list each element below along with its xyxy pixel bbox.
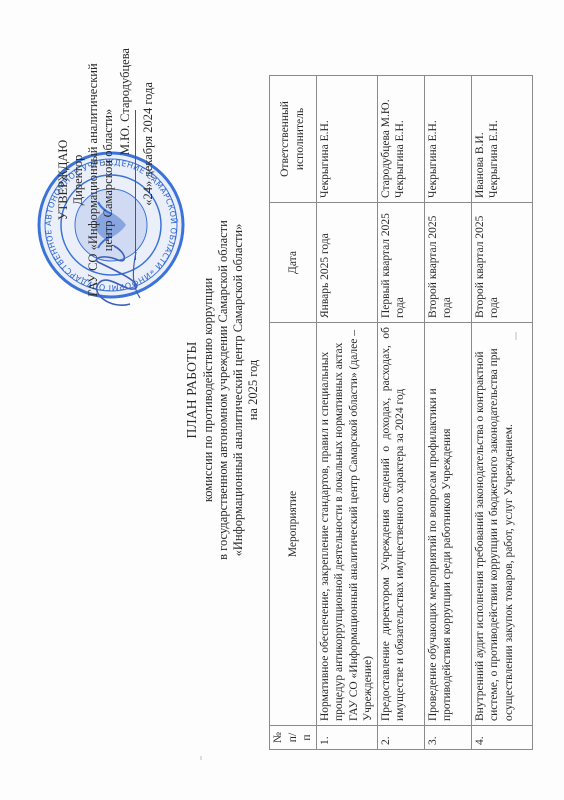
- header-num-line2: п/п: [286, 730, 315, 745]
- row-num: 3.: [424, 726, 471, 750]
- responsible-person: Иванова В.И.: [473, 80, 488, 198]
- title-line2: в государственном автономном учреждении …: [216, 210, 231, 570]
- header-responsible-line1: Ответственный: [278, 80, 293, 198]
- approval-date: «24» декабря 2024 года: [141, 60, 156, 300]
- header-responsible: Ответственный исполнитель: [270, 76, 317, 203]
- document-page: ГОСУДАРСТВЕННОЕ АВТОНОМНОЕ УЧРЕЖДЕНИЕ СА…: [0, 0, 564, 800]
- row-num: 2.: [377, 726, 424, 750]
- header-num-line1: №: [271, 730, 286, 745]
- table-header-row: № п/п Мероприятие Дата Ответственный исп…: [270, 76, 317, 750]
- table-row: 4. Внутренний аудит исполнения требовани…: [471, 76, 532, 750]
- plan-table: № п/п Мероприятие Дата Ответственный исп…: [269, 75, 533, 750]
- row-responsible: Чекрыгина Е.Н.: [316, 76, 377, 203]
- table-row: 1. Нормативное обеспечение, закрепление …: [316, 76, 377, 750]
- row-responsible: Иванова В.И. Чекрыгина Е.Н.: [471, 76, 532, 203]
- header-num: № п/п: [270, 726, 317, 750]
- signature-line: [135, 110, 136, 260]
- signer-name: М.Ю. Стародубцева: [118, 48, 133, 155]
- table-row: 2. Предоставление директором Учреждения …: [377, 76, 424, 750]
- row-event: Предоставление директором Учреждения све…: [377, 323, 424, 726]
- row-event: Внутренний аудит исполнения требований з…: [471, 323, 532, 726]
- row-num: 4.: [471, 726, 532, 750]
- header-responsible-line2: исполнитель: [293, 80, 308, 198]
- row-date: Январь 2025 года: [316, 203, 377, 323]
- document-title-block: ПЛАН РАБОТЫ комиссии по противодействию …: [184, 210, 261, 570]
- responsible-person: Чекрыгина Е.Н.: [487, 80, 502, 198]
- title-line1: комиссии по противодействию коррупции: [201, 210, 216, 570]
- header-event: Мероприятие: [270, 323, 317, 726]
- title-line4: на 2025 год: [246, 210, 261, 570]
- scan-artifact: [515, 332, 517, 340]
- row-date: Первый квартал 2025 года: [377, 203, 424, 323]
- responsible-person: Стародубцева М.Ю.: [379, 80, 394, 198]
- header-date: Дата: [270, 203, 317, 323]
- approval-org-line2: центр Самарской области»: [101, 60, 116, 300]
- responsible-person: Чекрыгина Е.Н.: [426, 80, 441, 198]
- row-num: 1.: [316, 726, 377, 750]
- row-date: Второй квартал 2025 года: [471, 203, 532, 323]
- row-responsible: Стародубцева М.Ю. Чекрыгина Е.Н.: [377, 76, 424, 203]
- approval-position: Директор: [71, 60, 86, 300]
- scan-artifact: [200, 756, 202, 760]
- title-line3: «Информационный аналитический центр Сама…: [231, 210, 246, 570]
- table-row: 3. Проведение обучающих мероприятий по в…: [424, 76, 471, 750]
- responsible-person: Чекрыгина Е.Н.: [318, 80, 333, 198]
- document-title: ПЛАН РАБОТЫ: [184, 210, 199, 570]
- row-event: Проведение обучающих мероприятий по вопр…: [424, 323, 471, 726]
- row-date: Второй квартал 2025 года: [424, 203, 471, 323]
- approval-heading: УТВЕРЖДАЮ: [56, 60, 71, 300]
- responsible-person: Чекрыгина Е.Н.: [393, 80, 408, 198]
- signature-row: М.Ю. Стародубцева: [118, 60, 135, 300]
- row-event: Нормативное обеспечение, закрепление ста…: [316, 323, 377, 726]
- approval-block: УТВЕРЖДАЮ Директор ГАУ СО «Информационны…: [56, 60, 156, 300]
- row-responsible: Чекрыгина Е.Н.: [424, 76, 471, 203]
- approval-org-line1: ГАУ СО «Информационный аналитический: [86, 60, 101, 300]
